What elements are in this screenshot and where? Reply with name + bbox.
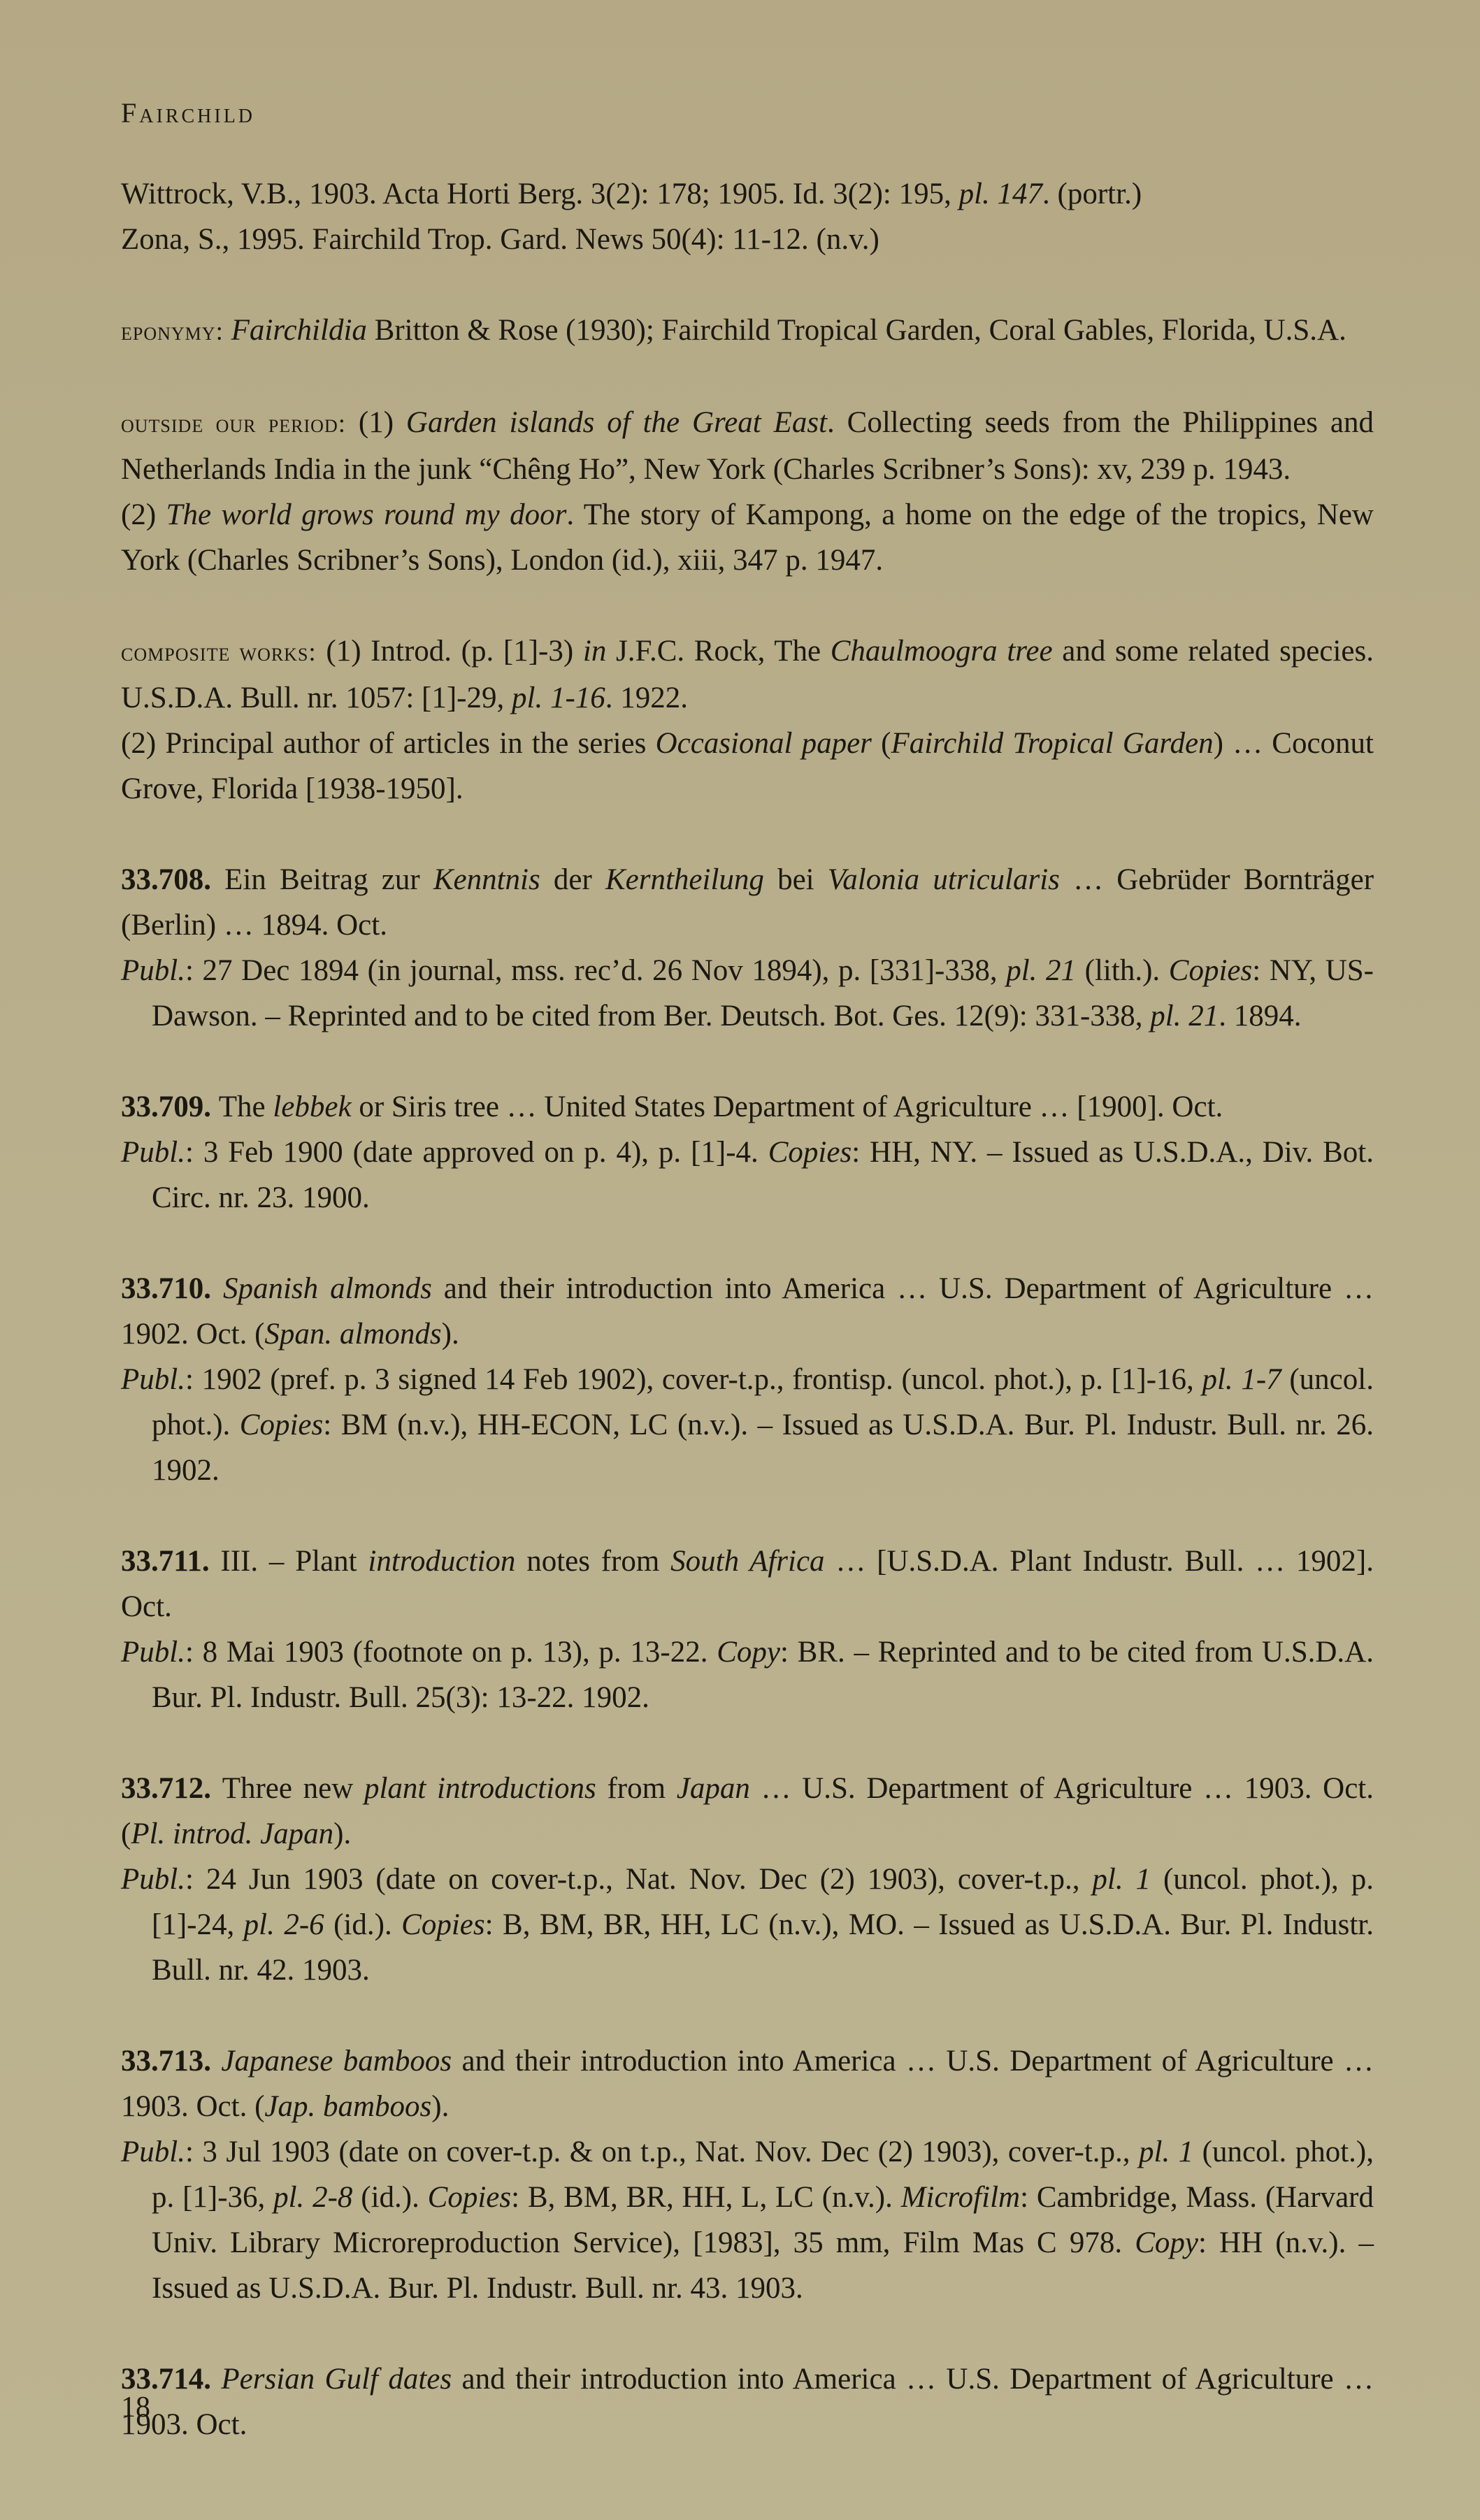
entry-publication: Publ.: 1902 (pref. p. 3 signed 14 Feb 19… (121, 1357, 1374, 1493)
composite-works-item-1: composite works: (1) Introd. (p. [1]-3) … (121, 628, 1374, 721)
entry-publication: Publ.: 3 Feb 1900 (date approved on p. 4… (121, 1130, 1374, 1221)
reference-wittrock: Wittrock, V.B., 1903. Acta Horti Berg. 3… (121, 171, 1374, 217)
entry-number: 33.713. (121, 2045, 221, 2078)
bibliography-entry: 33.709. The lebbek or Siris tree … Unite… (121, 1084, 1374, 1221)
entry-title: 33.710. Spanish almonds and their introd… (121, 1266, 1374, 1357)
composite-works-block: composite works: (1) Introd. (p. [1]-3) … (121, 628, 1374, 812)
entry-title: 33.712. Three new plant introductions fr… (121, 1766, 1374, 1857)
bibliography-entries: 33.708. Ein Beitrag zur Kenntnis der Ker… (121, 857, 1374, 2447)
outside-period-label: outside our period: (121, 410, 346, 438)
composite-works-label: composite works: (121, 638, 317, 667)
outside-period-block: outside our period: (1) Garden islands o… (121, 400, 1374, 583)
bibliography-entry: 33.711. III. – Plant introduction notes … (121, 1539, 1374, 1720)
running-head: Fairchild (121, 96, 255, 129)
references-block: Wittrock, V.B., 1903. Acta Horti Berg. 3… (121, 171, 1374, 262)
reference-zona: Zona, S., 1995. Fairchild Trop. Gard. Ne… (121, 217, 1374, 262)
eponymy-block: eponymy: Fairchildia Britton & Rose (193… (121, 308, 1374, 354)
entry-publication: Publ.: 24 Jun 1903 (date on cover-t.p., … (121, 1857, 1374, 1993)
entry-publication: Publ.: 27 Dec 1894 (in journal, mss. rec… (121, 948, 1374, 1039)
entry-title: 33.714. Persian Gulf dates and their int… (121, 2356, 1374, 2447)
entry-publication: Publ.: 3 Jul 1903 (date on cover-t.p. & … (121, 2129, 1374, 2311)
entry-title: 33.711. III. – Plant introduction notes … (121, 1539, 1374, 1629)
page-number: 18 (121, 2391, 150, 2424)
entry-number: 33.708. (121, 863, 224, 896)
entry-number: 33.711. (121, 1545, 220, 1578)
page-content: Wittrock, V.B., 1903. Acta Horti Berg. 3… (121, 171, 1374, 2493)
bibliography-entry: 33.714. Persian Gulf dates and their int… (121, 2356, 1374, 2447)
entry-title: 33.713. Japanese bamboos and their intro… (121, 2038, 1374, 2129)
bibliography-entry: 33.713. Japanese bamboos and their intro… (121, 2038, 1374, 2311)
entry-title: 33.708. Ein Beitrag zur Kenntnis der Ker… (121, 857, 1374, 948)
eponymy-genus: Fairchildia (231, 314, 367, 347)
composite-works-item-2: (2) Principal author of articles in the … (121, 721, 1374, 812)
outside-period-item-2: (2) The world grows round my door. The s… (121, 492, 1374, 583)
entry-publication: Publ.: 8 Mai 1903 (footnote on p. 13), p… (121, 1629, 1374, 1720)
eponymy-label: eponymy: (121, 317, 224, 346)
eponymy-text: Britton & Rose (1930); Fairchild Tropica… (367, 314, 1346, 347)
entry-number: 33.710. (121, 1272, 223, 1305)
outside-period-item-1: outside our period: (1) Garden islands o… (121, 400, 1374, 492)
entry-title: 33.709. The lebbek or Siris tree … Unite… (121, 1084, 1374, 1130)
entry-number: 33.712. (121, 1772, 222, 1805)
entry-number: 33.709. (121, 1090, 219, 1123)
bibliography-entry: 33.708. Ein Beitrag zur Kenntnis der Ker… (121, 857, 1374, 1039)
bibliography-entry: 33.710. Spanish almonds and their introd… (121, 1266, 1374, 1493)
bibliography-entry: 33.712. Three new plant introductions fr… (121, 1766, 1374, 1993)
